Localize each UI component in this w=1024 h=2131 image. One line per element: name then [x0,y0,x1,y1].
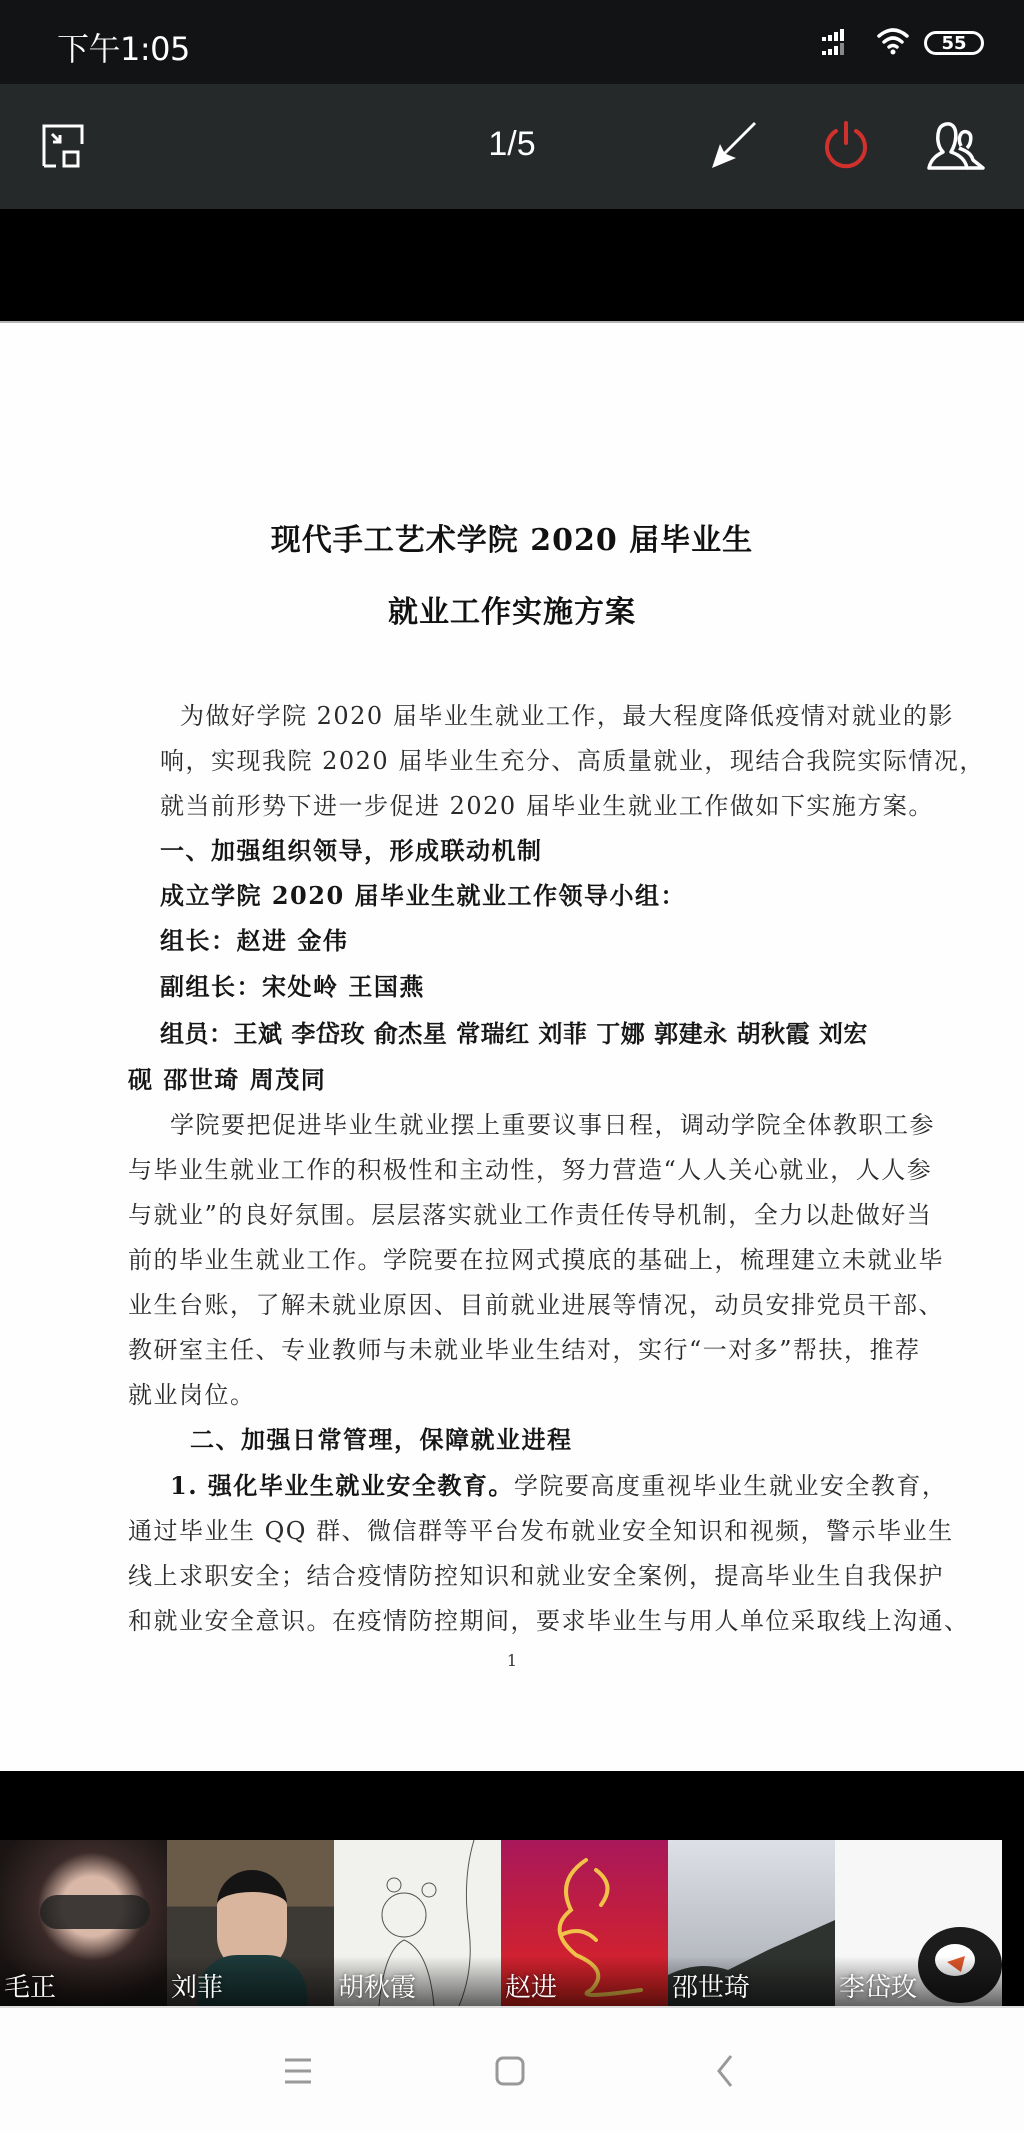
doc-paragraph-text: 学院要高度重视毕业生就业安全教育， [514,1472,948,1500]
doc-paragraph-line: 学院要把促进毕业生就业摆上重要议事日程，调动学院全体教职工参 [170,1110,922,1140]
doc-paragraph-line: 和就业安全意识。在疫情防控期间，要求毕业生与用人单位采取线上沟通、 [128,1606,880,1636]
document-title-line1: 现代手工艺术学院 2020 届毕业生 [0,515,1024,559]
page-counter: 1/5 [462,125,562,164]
doc-bold-line: 砚 邵世琦 周茂同 [128,1065,880,1095]
doc-paragraph-line: 业生台账，了解未就业原因、目前就业进展等情况，动员安排党员干部、 [128,1290,880,1320]
participant-name: 赵进 [505,1967,557,2004]
back-button[interactable] [700,2048,750,2098]
annotate-button[interactable] [706,120,762,176]
participant-name: 胡秋霞 [338,1967,416,2004]
doc-bold-line: 组员：王斌 李岱玫 俞杰星 常瑞红 刘菲 丁娜 郭建永 胡秋霞 刘宏 [160,1019,912,1049]
doc-paragraph-line: 教研室主任、专业教师与未就业毕业生结对，实行“一对多”帮扶，推荐 [128,1335,880,1365]
annotate-arrow-icon [708,120,760,176]
doc-subsection-heading: 1. 强化毕业生就业安全教育。 [170,1471,514,1500]
doc-section-heading: 一、加强组织领导，形成联动机制 [160,836,912,866]
end-meeting-button[interactable] [818,120,874,176]
wifi-icon [876,26,910,60]
power-end-icon [819,119,873,177]
participants-button[interactable] [928,120,984,176]
doc-paragraph-line: 为做好学院 2020 届毕业生就业工作，最大程度降低疫情对就业的影 [180,701,912,731]
participant-tile[interactable]: 胡秋霞 [334,1840,501,2006]
exit-fullscreen-button[interactable] [34,120,90,176]
status-icons: 55 [822,26,984,60]
meeting-toolbar: 1/5 [0,84,1024,209]
back-icon [713,2054,737,2092]
doc-paragraph-line: 与毕业生就业工作的积极性和主动性，努力营造“人人关心就业，人人参 [128,1155,880,1185]
document-title-line2: 就业工作实施方案 [0,587,1024,631]
participant-name: 李岱玫 [839,1967,917,2004]
doc-bold-line: 成立学院 2020 届毕业生就业工作领导小组： [160,881,912,911]
signal-icon [822,27,862,59]
shared-document-page[interactable]: 现代手工艺术学院 2020 届毕业生 就业工作实施方案 为做好学院 2020 届… [0,321,1024,1771]
doc-paragraph-line: 前的毕业生就业工作。学院要在拉网式摸底的基础上，梳理建立未就业毕 [128,1245,880,1275]
participant-tile[interactable]: 李岱玫 [835,1840,1002,2006]
participant-tile[interactable]: 邵世琦 [668,1840,835,2006]
document-page-number: 1 [0,1651,1024,1670]
participant-name: 刘菲 [171,1967,223,2004]
participant-tile[interactable]: 毛正 [0,1840,167,2006]
battery-level: 55 [941,33,966,54]
home-button[interactable] [485,2048,535,2098]
avatar-sunglasses [40,1895,150,1929]
doc-paragraph-line: 通过毕业生 QQ 群、微信群等平台发布就业安全知识和视频，警示毕业生 [128,1516,880,1546]
status-time: 下午1:05 [57,24,190,70]
top-black-margin [0,209,1024,321]
participant-tile[interactable]: 赵进 [501,1840,668,2006]
doc-section-heading: 二、加强日常管理，保障就业进程 [190,1425,942,1455]
participants-icon [925,120,987,176]
doc-bold-line: 组长：赵进 金伟 [160,926,912,956]
doc-paragraph-line: 就业岗位。 [128,1380,880,1410]
status-bar: 下午1:05 55 [0,0,1024,84]
participant-name: 邵世琦 [672,1967,750,2004]
bottom-black-margin [0,1771,1024,1840]
exit-fullscreen-icon [38,122,86,174]
menu-icon [283,2057,313,2089]
battery-icon: 55 [924,31,984,55]
participant-tile[interactable]: 刘菲 [167,1840,334,2006]
home-icon [494,2055,526,2091]
participant-strip: 毛正 刘菲 胡秋霞 赵进 邵世琦 [0,1840,1024,2006]
doc-paragraph-line: 与就业”的良好氛围。层层落实就业工作责任传导机制，全力以赴做好当 [128,1200,880,1230]
doc-paragraph-line: 就当前形势下进一步促进 2020 届毕业生就业工作做如下实施方案。 [160,791,912,821]
doc-subsection-line: 1. 强化毕业生就业安全教育。学院要高度重视毕业生就业安全教育， [170,1471,947,1501]
doc-paragraph-line: 响，实现我院 2020 届毕业生充分、高质量就业，现结合我院实际情况， [160,746,912,776]
menu-button[interactable] [273,2048,323,2098]
participant-name: 毛正 [4,1967,56,2004]
system-nav-bar [0,2006,1024,2131]
doc-paragraph-line: 线上求职安全；结合疫情防控知识和就业安全案例，提高毕业生自我保护 [128,1561,880,1591]
doc-bold-line: 副组长：宋处岭 王国燕 [160,972,912,1002]
